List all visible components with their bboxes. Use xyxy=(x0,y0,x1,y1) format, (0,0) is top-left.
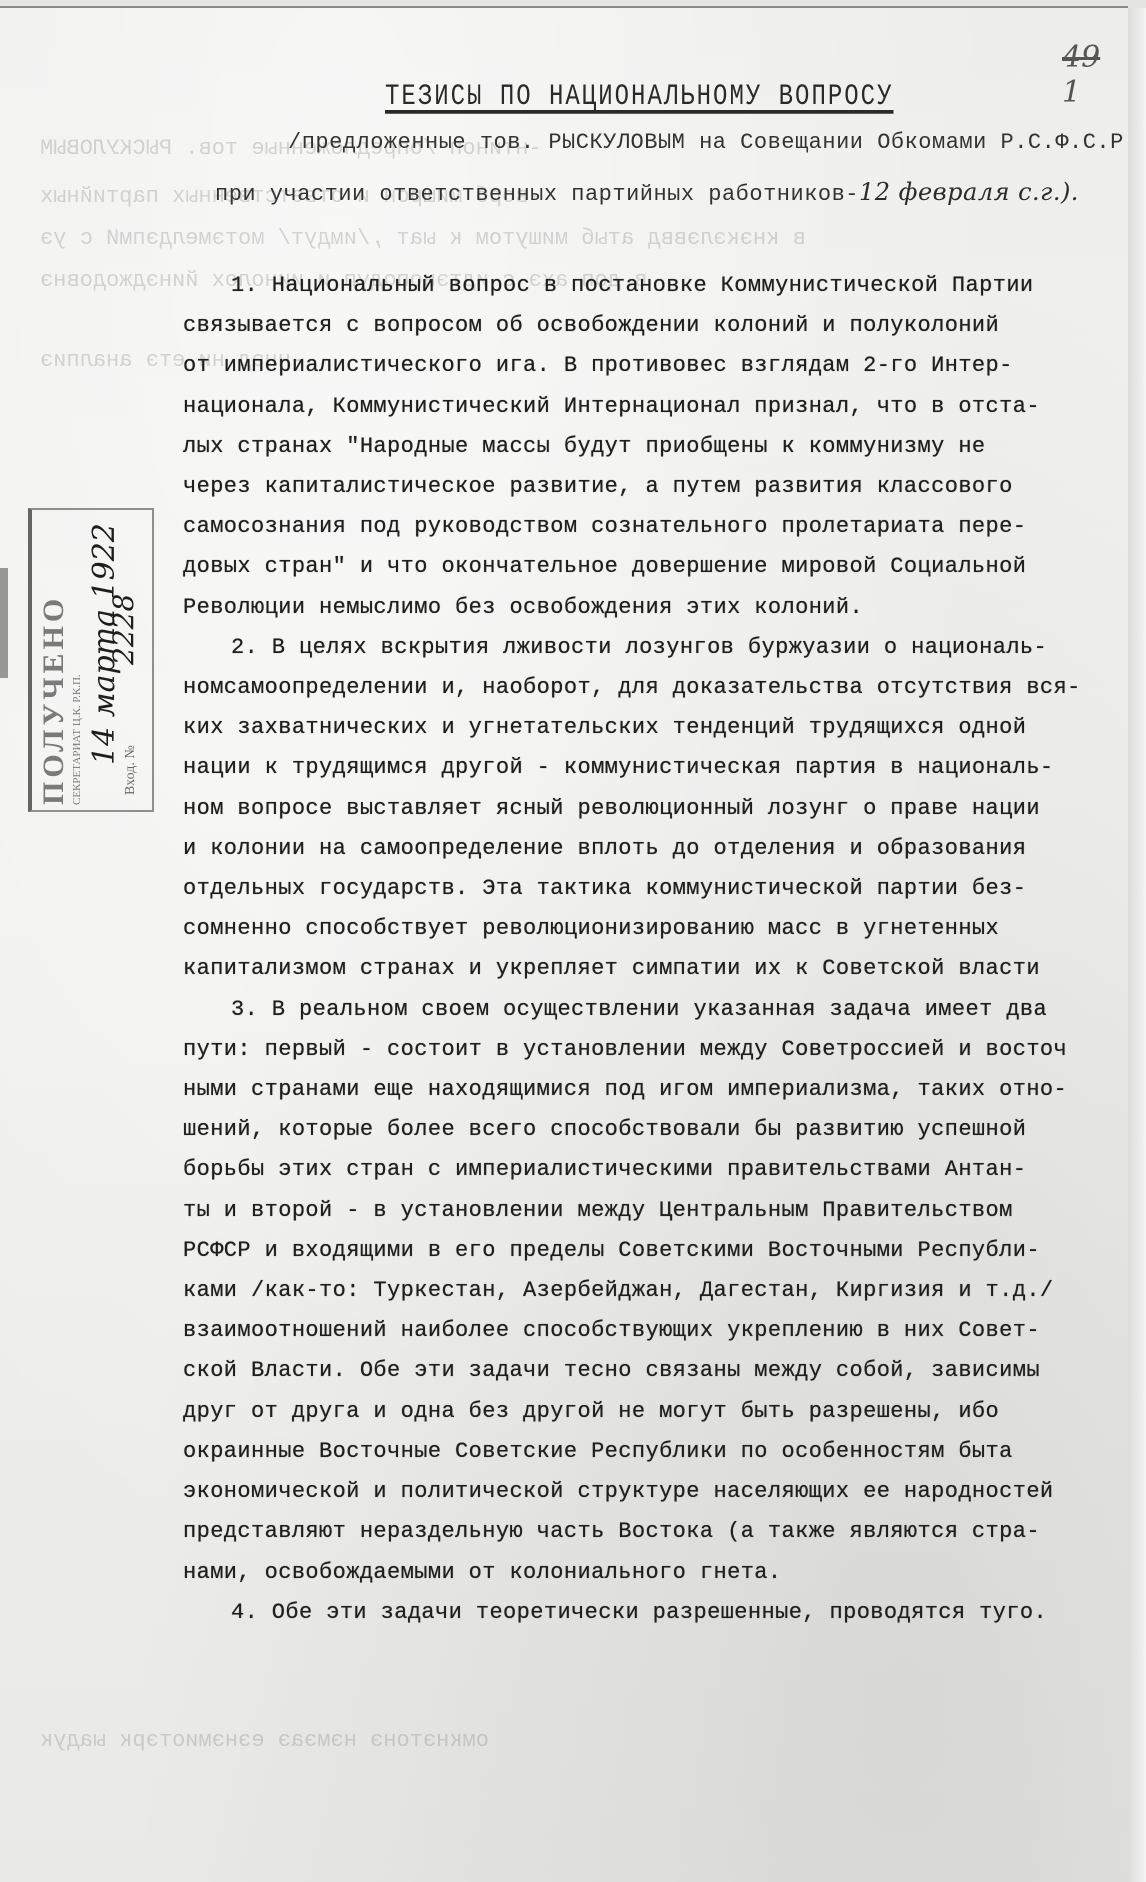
text-line: нации к трудящимся другой - коммунистиче… xyxy=(183,748,1103,788)
text-line: ты и второй - в установлении между Центр… xyxy=(183,1191,1103,1231)
document-title: ТЕЗИСЫ ПО НАЦИОНАЛЬНОМУ ВОПРОСУ xyxy=(385,80,893,114)
bleed-line: в кнэкэлэввд атыб мишутом к ыат ,/имдут/… xyxy=(40,226,1120,251)
text-line: лых странах "Народные массы будут приобщ… xyxy=(183,427,1103,467)
stamp-edge-mark xyxy=(0,568,8,678)
text-line: номсамоопределении и, наоборот, для дока… xyxy=(183,668,1103,708)
stamp-organization: СЕКРЕТАРИАТ Ц.К. Р.К.П. xyxy=(71,515,84,805)
text-line: от империалистического ига. В противовес… xyxy=(183,346,1103,386)
text-line: экономической и политической структуре н… xyxy=(183,1472,1103,1512)
bleed-line: омкнэтонэ нэмэаэ еэнэмиотэрк ыадук xyxy=(40,1728,1120,1753)
text-line: шений, которые более всего способствовал… xyxy=(183,1110,1103,1150)
text-line: ками /как-то: Туркестан, Азербейджан, Да… xyxy=(183,1271,1103,1311)
text-line: 2. В целях вскрытия лживости лозунгов бу… xyxy=(183,628,1103,668)
paragraph-3: 3. В реальном своем осуществлении указан… xyxy=(183,990,1103,1593)
text-line: связывается с вопросом об освобождении к… xyxy=(183,306,1103,346)
text-line: довых стран" и что окончательное доверше… xyxy=(183,547,1103,587)
text-line: РСФСР и входящими в его пределы Советски… xyxy=(183,1231,1103,1271)
document-page: -нтиноп /опредложенные тов. РЫСКУЛОВЫМ -… xyxy=(0,6,1128,1882)
text-line: самосознания под руководством сознательн… xyxy=(183,507,1103,547)
received-stamp: ПОЛУЧЕНО СЕКРЕТАРИАТ Ц.К. Р.К.П. 14 март… xyxy=(28,508,154,812)
text-line: 4. Обе эти задачи теоретически разрешенн… xyxy=(183,1593,1103,1633)
text-line: сомненно способствует революционизирован… xyxy=(183,909,1103,949)
text-line: и колонии на самоопределение вплоть до о… xyxy=(183,829,1103,869)
text-line: национала, Коммунистический Интернациона… xyxy=(183,387,1103,427)
paragraph-4: 4. Обе эти задачи теоретически разрешенн… xyxy=(183,1593,1103,1633)
text-line: окраинные Восточные Советские Республики… xyxy=(183,1432,1103,1472)
stamp-heading: ПОЛУЧЕНО xyxy=(37,515,71,805)
subtitle-line-2-text: при участии ответственных партийных рабо… xyxy=(215,182,859,207)
subtitle-line-2: при участии ответственных партийных рабо… xyxy=(215,178,1079,207)
handwritten-date: 12 февраля с.г.). xyxy=(859,178,1079,206)
folio-new-number: 1 xyxy=(1062,75,1081,110)
subtitle-line-1: /предложенные тов. РЫСКУЛОВЫМ на Совещан… xyxy=(288,130,1138,155)
text-line: Революции немыслимо без освобождения эти… xyxy=(183,588,1103,628)
text-line: ными странами еще находящимися под игом … xyxy=(183,1070,1103,1110)
text-line: 3. В реальном своем осуществлении указан… xyxy=(183,990,1103,1030)
stamp-content: ПОЛУЧЕНО СЕКРЕТАРИАТ Ц.К. Р.К.П. 14 март… xyxy=(37,515,147,805)
text-line: пути: первый - состоит в установлении ме… xyxy=(183,1030,1103,1070)
text-line: ких захватнических и угнетательских тенд… xyxy=(183,708,1103,748)
paragraph-2: 2. В целях вскрытия лживости лозунгов бу… xyxy=(183,628,1103,990)
text-line: капитализмом странах и укрепляет симпати… xyxy=(183,949,1103,989)
paragraph-1: 1. Национальный вопрос в постановке Комм… xyxy=(183,266,1103,628)
text-line: взаимоотношений наиболее способствующих … xyxy=(183,1311,1103,1351)
text-line: ном вопросе выставляет ясный революционн… xyxy=(183,789,1103,829)
text-line: ской Власти. Обе эти задачи тесно связан… xyxy=(183,1351,1103,1391)
folio-old-number: 49 xyxy=(1062,40,1100,75)
stamp-incoming-label: Вход. № xyxy=(123,745,139,795)
folio-number: 49 1 xyxy=(1062,40,1128,110)
text-line: отдельных государств. Эта тактика коммун… xyxy=(183,869,1103,909)
text-line: представляют нераздельную часть Востока … xyxy=(183,1512,1103,1552)
text-line: нами, освобождаемыми от колониального гн… xyxy=(183,1553,1103,1593)
text-line: через капиталистическое развитие, а путе… xyxy=(183,467,1103,507)
text-line: 1. Национальный вопрос в постановке Комм… xyxy=(183,266,1103,306)
text-line: борьбы этих стран с империалистическими … xyxy=(183,1150,1103,1190)
text-line: друг от друга и одна без другой не могут… xyxy=(183,1392,1103,1432)
stamp-incoming-number: 2228 xyxy=(107,594,140,665)
document-body: 1. Национальный вопрос в постановке Комм… xyxy=(183,266,1103,1633)
